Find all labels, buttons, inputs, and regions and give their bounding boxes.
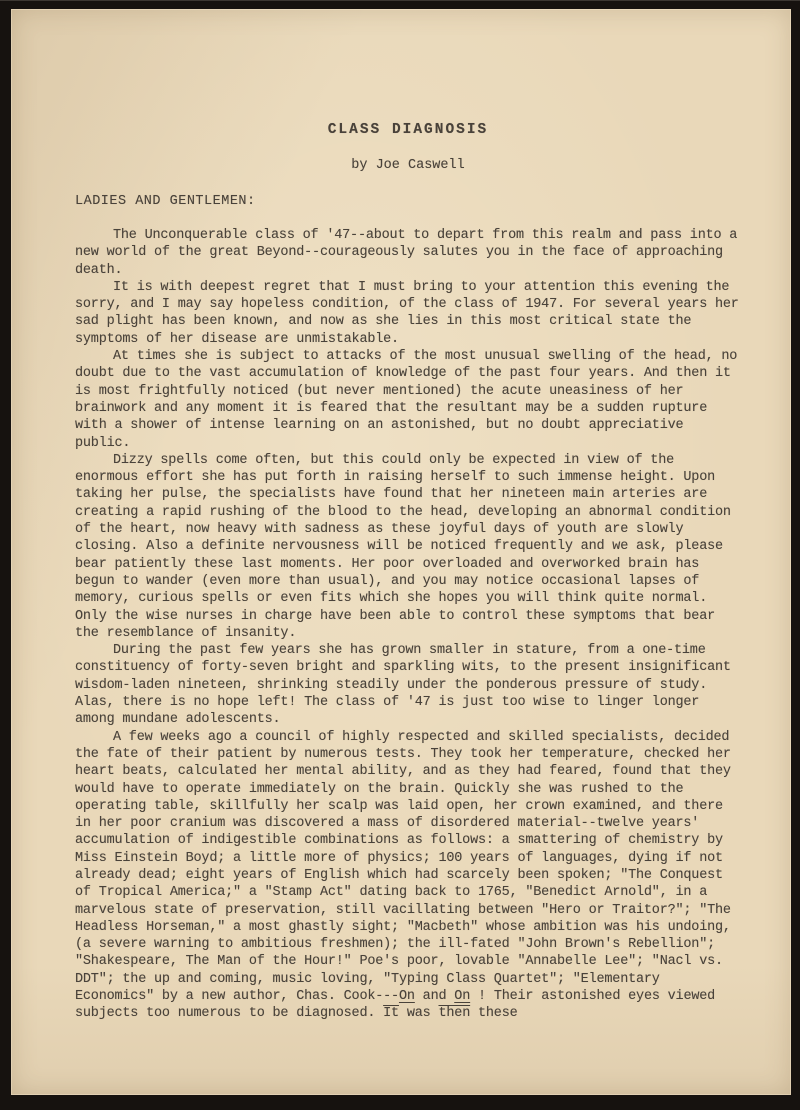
overlined-word-then: then bbox=[438, 1006, 470, 1021]
paragraph-6: A few weeks ago a council of highly resp… bbox=[75, 729, 741, 1023]
document-page: CLASS DIAGNOSIS by Joe Caswell LADIES AN… bbox=[11, 9, 791, 1095]
paragraph-4: Dizzy spells come often, but this could … bbox=[75, 452, 741, 642]
final-paragraph-lead: A few weeks ago a council of highly resp… bbox=[75, 730, 731, 1004]
scan-border: CLASS DIAGNOSIS by Joe Caswell LADIES AN… bbox=[0, 0, 800, 1110]
final-paragraph-tail: these bbox=[470, 1006, 517, 1021]
underlined-word-on-2: On bbox=[454, 989, 470, 1004]
paragraph-3: At times she is subject to attacks of th… bbox=[75, 348, 741, 452]
underlined-word-on-1: On bbox=[399, 989, 415, 1004]
paragraph-1: The Unconquerable class of '47--about to… bbox=[75, 227, 741, 279]
final-paragraph-sep-3: was bbox=[399, 1006, 439, 1021]
document-body: The Unconquerable class of '47--about to… bbox=[75, 227, 741, 1023]
final-paragraph-sep-1: and bbox=[415, 989, 455, 1004]
salutation: LADIES AND GENTLEMEN: bbox=[75, 193, 741, 210]
page-title: CLASS DIAGNOSIS bbox=[75, 122, 741, 139]
paragraph-5: During the past few years she has grown … bbox=[75, 642, 741, 728]
overlined-word-it: It bbox=[383, 1006, 399, 1021]
paragraph-2: It is with deepest regret that I must br… bbox=[75, 279, 741, 348]
byline: by Joe Caswell bbox=[75, 157, 741, 174]
